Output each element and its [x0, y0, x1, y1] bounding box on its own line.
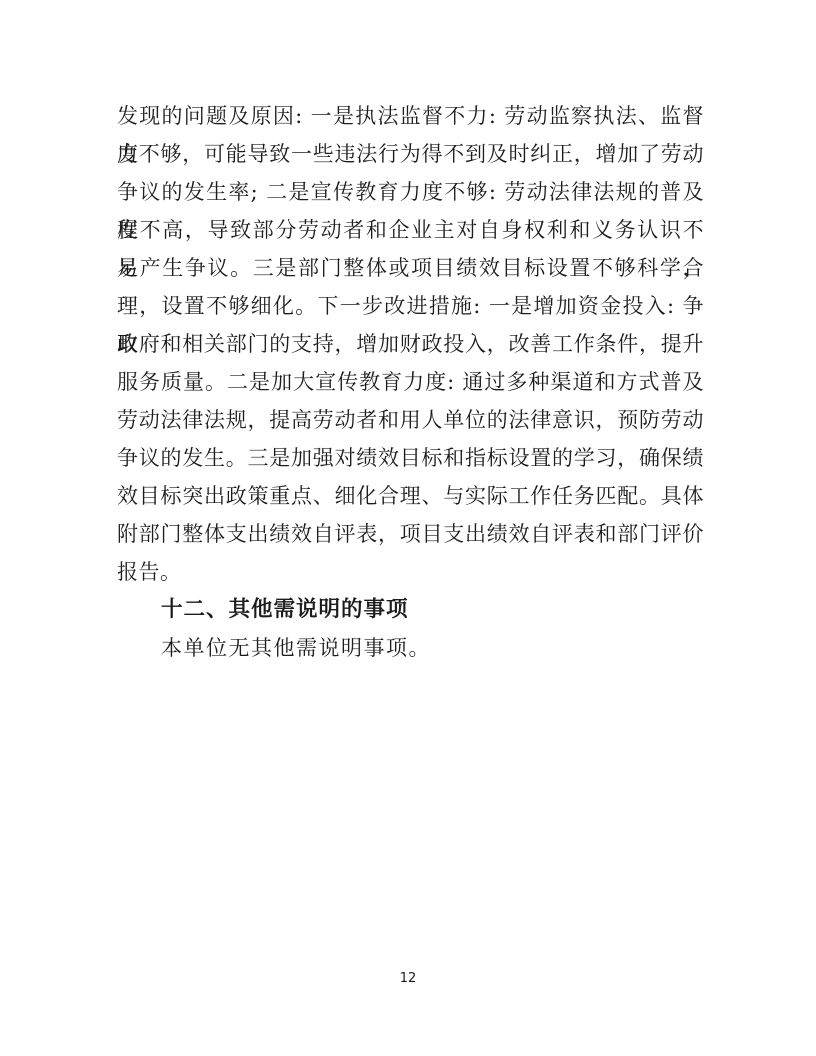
body-line: 报告。 [117, 553, 704, 591]
closing-line: 本单位无其他需说明事项。 [117, 629, 704, 667]
document-page: 发现的问题及原因: 一是执法监督不力: 劳动监察执法、监督力 度不够，可能导致一… [0, 0, 816, 1056]
body-line: 度不高，导致部分劳动者和企业主对自身权利和义务认识不足， [117, 211, 704, 249]
body-line: 争议的发生率; 二是宣传教育力度不够: 劳动法律法规的普及程 [117, 173, 704, 211]
body-line: 劳动法律法规，提高劳动者和用人单位的法律意识，预防劳动 [117, 401, 704, 439]
body-line: 附部门整体支出绩效自评表，项目支出绩效自评表和部门评价 [117, 515, 704, 553]
section-heading: 十二、其他需说明的事项 [117, 591, 704, 629]
body-line: 理，设置不够细化。下一步改进措施: 一是增加资金投入: 争取 [117, 287, 704, 325]
body-line: 度不够，可能导致一些违法行为得不到及时纠正，增加了劳动 [117, 135, 704, 173]
body-line: 效目标突出政策重点、细化合理、与实际工作任务匹配。具体 [117, 477, 704, 515]
body-line: 政府和相关部门的支持，增加财政投入，改善工作条件，提升 [117, 325, 704, 363]
body-line: 争议的发生。三是加强对绩效目标和指标设置的学习，确保绩 [117, 439, 704, 477]
main-text-block: 发现的问题及原因: 一是执法监督不力: 劳动监察执法、监督力 度不够，可能导致一… [117, 97, 704, 667]
body-line: 服务质量。二是加大宣传教育力度: 通过多种渠道和方式普及 [117, 363, 704, 401]
body-line: 易产生争议。三是部门整体或项目绩效目标设置不够科学合 [117, 249, 704, 287]
body-line: 发现的问题及原因: 一是执法监督不力: 劳动监察执法、监督力 [117, 97, 704, 135]
page-number: 12 [0, 971, 816, 986]
